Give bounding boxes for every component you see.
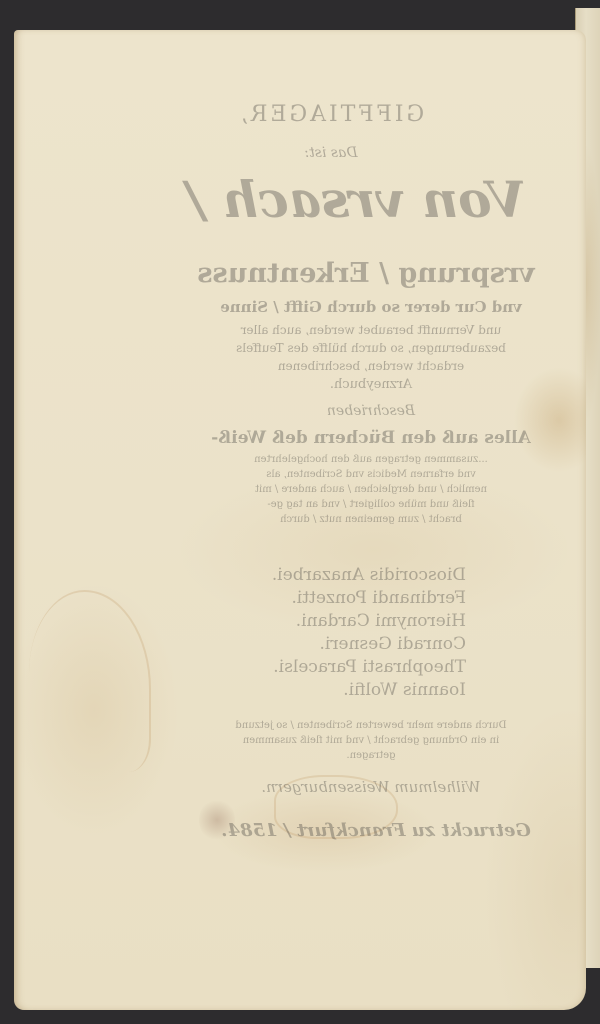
bleed-line: Beschrieben bbox=[166, 403, 576, 419]
bleed-author: Dioscoridis Anazarbei. bbox=[206, 565, 466, 585]
bleed-fine-print: fleiß und mühe colligiert / vnd an tag g… bbox=[166, 499, 576, 510]
bleed-fine-print: vnd erfarnen Medicis vnd Scribenten, als bbox=[166, 469, 576, 480]
bleed-author: Theophrasti Paracelsi. bbox=[206, 657, 466, 677]
bleed-das-ist: Das ist: bbox=[226, 145, 436, 161]
bleed-author: Conradi Gesneri. bbox=[206, 634, 466, 654]
bleed-author: Ferdinandi Ponzetti. bbox=[206, 588, 466, 608]
bleed-closing: getragen. bbox=[166, 750, 576, 761]
bleed-line: Alles auß den Büchern deß Weiß- bbox=[166, 428, 576, 448]
bleed-title-caps: GIFFTIAGER, bbox=[166, 102, 496, 127]
bleed-subheadline: vrsprung / Erkentnuss bbox=[151, 258, 581, 289]
bleed-closing: Durch andere mehr bewerten Scribenten / … bbox=[166, 720, 576, 731]
bleed-line: und Vernunfft beraubet werden, auch alle… bbox=[166, 323, 576, 337]
bleed-author: Hieronymi Cardani. bbox=[206, 611, 466, 631]
bleed-fine-print: ...zusammen getragen auß den hochgelehrt… bbox=[166, 454, 576, 465]
bleed-line: bezauberungen, so durch hülffe des Teuff… bbox=[166, 341, 576, 355]
bleed-closing: in ein Ordnung gebracht / vnd mit fleiß … bbox=[166, 735, 576, 746]
bleed-fine-print: nemlich / und dergleichen / auch andere … bbox=[166, 484, 576, 495]
book-page: GIFFTIAGER, Das ist: Von vrsach / vrspru… bbox=[14, 30, 586, 1010]
bleed-line: vnd Cur derer so durch Gifft / Sinne bbox=[166, 298, 576, 316]
bleed-fine-print: bracht / zum gemeinen nutz / durch bbox=[166, 514, 576, 525]
bleed-imprint: Getruckt zu Franckfurt / 1584. bbox=[186, 820, 566, 841]
bleed-line: Arzneybuch. bbox=[166, 377, 576, 392]
bleed-headline: Von vrsach / bbox=[146, 170, 566, 229]
bleed-place-line: Wilhelmum Weissenburgern. bbox=[166, 778, 576, 796]
bleed-author: Ioannis Wolfii. bbox=[206, 680, 466, 700]
bleed-through-text: GIFFTIAGER, Das ist: Von vrsach / vrspru… bbox=[14, 30, 586, 1010]
bleed-line: erdacht werden, beschribenen bbox=[166, 359, 576, 373]
